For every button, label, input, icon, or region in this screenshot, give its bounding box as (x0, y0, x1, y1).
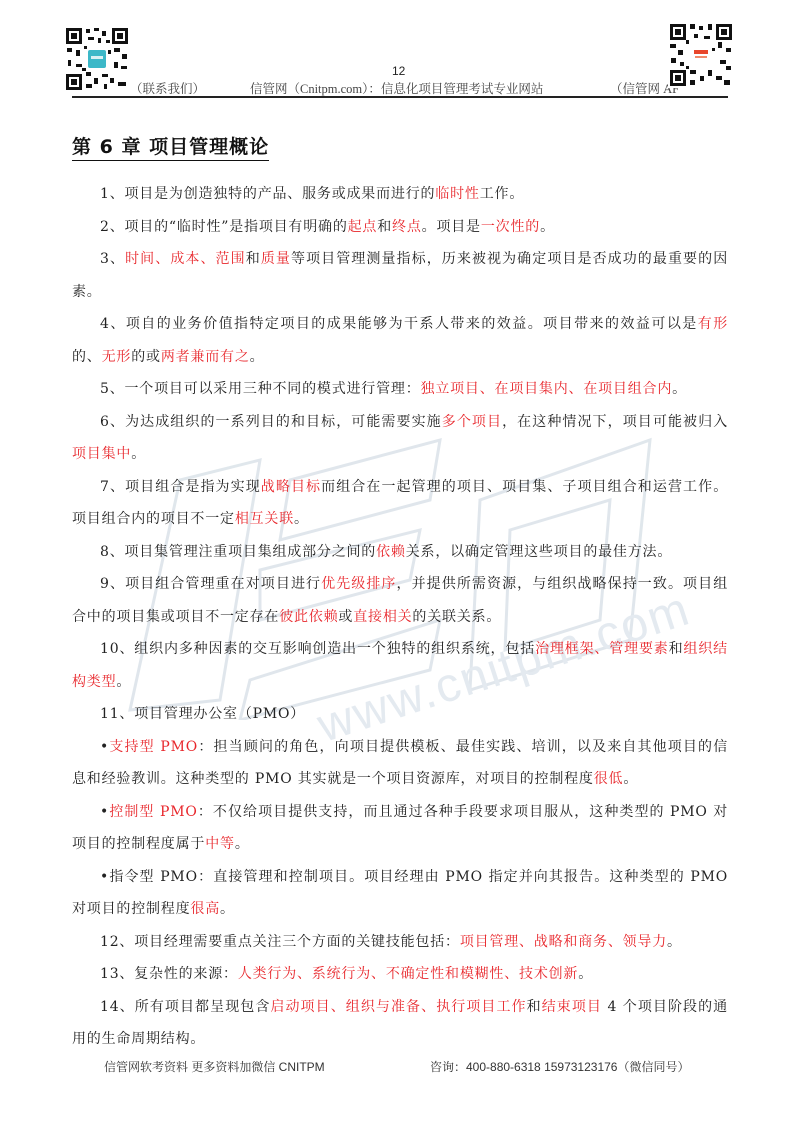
highlighted-term: 启动项目、组织与准备、执行项目工作 (270, 999, 526, 1015)
highlighted-term: 中等 (205, 836, 235, 852)
paragraph: 2、项目的“临时性”是指项目有明确的起点和终点。项目是一次性的。 (72, 211, 728, 244)
paragraph-text: 。项目是 (422, 219, 481, 235)
paragraph-text: 关系，以确定管理这些项目的最佳方法。 (406, 544, 672, 560)
highlighted-term: 独立项目、在项目集内、在项目组合内 (421, 381, 673, 397)
document-body: 1、项目是为创造独特的产品、服务或成果而进行的临时性工作。2、项目的“临时性”是… (72, 178, 728, 1056)
paragraph-text: 11、项目管理办公室（PMO） (100, 706, 305, 722)
highlighted-term: 项目集中 (72, 446, 131, 462)
paragraph: 5、一个项目可以采用三种不同的模式进行管理：独立项目、在项目集内、在项目组合内。 (72, 373, 728, 406)
paragraph-text: 。 (116, 674, 131, 690)
paragraph-text: 。 (250, 349, 265, 365)
highlighted-term: 直接相关 (353, 609, 412, 625)
paragraph-text: 工作。 (480, 186, 524, 202)
paragraph-text: 。 (578, 966, 593, 982)
paragraph-text: 14、所有项目都呈现包含 (100, 999, 270, 1015)
qr-code-contact-icon (64, 26, 130, 92)
paragraph-text: 。 (294, 511, 309, 527)
paragraph-text: 3、 (100, 251, 125, 267)
paragraph-text: 的、 (72, 349, 102, 365)
paragraph-text: 12、项目经理需要重点关注三个方面的关键技能包括： (100, 934, 460, 950)
paragraph-text: 10、组织内多种因素的交互影响创造出一个独特的组织系统，包括 (100, 641, 535, 657)
paragraph: 14、所有项目都呈现包含启动项目、组织与准备、执行项目工作和结束项目 4 个项目… (72, 991, 728, 1056)
highlighted-term: 优先级排序 (321, 576, 396, 592)
highlighted-term: 人类行为、系统行为、不确定性和模糊性、技术创新 (238, 966, 578, 982)
paragraph-text: • (100, 804, 109, 820)
paragraph-text: 9、项目组合管理重在对项目进行 (100, 576, 321, 592)
highlighted-term: 控制型 PMO (109, 804, 198, 820)
paragraph-text: 1、项目是为创造独特的产品、服务或成果而进行的 (100, 186, 435, 202)
highlighted-term: 支持型 PMO (109, 739, 198, 755)
highlighted-term: 有形 (698, 316, 728, 332)
paragraph-text: 的关联关系。 (412, 609, 501, 625)
highlighted-term: 治理框架、管理要素 (535, 641, 669, 657)
paragraph-text: 13、复杂性的来源： (100, 966, 238, 982)
header-contact-label: （联系我们） (130, 79, 205, 97)
document-page: （联系我们） 12 信管网（Cnitpm.com）：信息化项目管理考试专业网站 … (0, 0, 800, 1131)
paragraph-text: 和 (377, 219, 392, 235)
highlighted-term: 相互关联 (235, 511, 294, 527)
qr-code-app-icon (668, 22, 734, 88)
highlighted-term: 终点 (392, 219, 422, 235)
paragraph: 1、项目是为创造独特的产品、服务或成果而进行的临时性工作。 (72, 178, 728, 211)
highlighted-term: 项目管理、战略和商务、领导力 (460, 934, 667, 950)
header-site-title: 信管网（Cnitpm.com）：信息化项目管理考试专业网站 (250, 79, 543, 97)
paragraph-text: 。 (672, 381, 687, 397)
paragraph-text: 。 (540, 219, 555, 235)
highlighted-term: 多个项目 (442, 414, 502, 430)
paragraph: 7、项目组合是指为实现战略目标而组合在一起管理的项目、项目集、子项目组合和运营工… (72, 471, 728, 536)
highlighted-term: 结束项目 (542, 999, 602, 1015)
paragraph-text: 的或 (131, 349, 161, 365)
highlighted-term: 战略目标 (261, 479, 321, 495)
highlighted-term: 时间、成本、范围 (125, 251, 246, 267)
paragraph: •支持型 PMO：担当顾问的角色，向项目提供模板、最佳实践、培训，以及来自其他项… (72, 731, 728, 796)
chapter-title: 第 6 章 项目管理概论 (72, 132, 269, 161)
paragraph-text: 。 (623, 771, 638, 787)
highlighted-term: 依赖 (376, 544, 406, 560)
paragraph: 12、项目经理需要重点关注三个方面的关键技能包括：项目管理、战略和商务、领导力。 (72, 926, 728, 959)
highlighted-term: 一次性的 (481, 219, 540, 235)
highlighted-term: 很低 (594, 771, 624, 787)
paragraph: •控制型 PMO：不仅给项目提供支持，而且通过各种手段要求项目服从，这种类型的 … (72, 796, 728, 861)
paragraph-text: 和 (246, 251, 261, 267)
paragraph-text: 和 (527, 999, 542, 1015)
paragraph-text: 7、项目组合是指为实现 (100, 479, 261, 495)
header-divider (72, 96, 728, 98)
paragraph: •指令型 PMO：直接管理和控制项目。项目经理由 PMO 指定并向其报告。这种类… (72, 861, 728, 926)
footer-contact-text: 咨询：400-880-6318 15973123176（微信同号） (430, 1058, 689, 1075)
highlighted-term: 两者兼而有之 (161, 349, 250, 365)
paragraph-text: 。 (235, 836, 250, 852)
highlighted-term: 无形 (102, 349, 132, 365)
footer-left-text: 信管网软考资料 更多资料加微信 CNITPM (104, 1058, 325, 1075)
paragraph-text: 5、一个项目可以采用三种不同的模式进行管理： (100, 381, 421, 397)
paragraph-text: ，在这种情况下，项目可能被归入 (502, 414, 728, 430)
highlighted-term: 很高 (190, 901, 220, 917)
paragraph-text: 。 (667, 934, 682, 950)
paragraph-text: 8、项目集管理注重项目集组成部分之间的 (100, 544, 376, 560)
paragraph: 8、项目集管理注重项目集组成部分之间的依赖关系，以确定管理这些项目的最佳方法。 (72, 536, 728, 569)
paragraph: 6、为达成组织的一系列目的和目标，可能需要实施多个项目，在这种情况下，项目可能被… (72, 406, 728, 471)
paragraph: 3、时间、成本、范围和质量等项目管理测量指标，历来被视为确定项目是否成功的最重要… (72, 243, 728, 308)
highlighted-term: 临时性 (435, 186, 479, 202)
paragraph-text: • (100, 739, 109, 755)
paragraph-text: 4、项自的业务价值指特定项目的成果能够为干系人带来的效益。项目带来的效益可以是 (100, 316, 698, 332)
paragraph: 9、项目组合管理重在对项目进行优先级排序，并提供所需资源，与组织战略保持一致。项… (72, 568, 728, 633)
highlighted-term: 质量 (261, 251, 291, 267)
paragraph-text: 。 (131, 446, 146, 462)
paragraph-text: 6、为达成组织的一系列目的和目标，可能需要实施 (100, 414, 442, 430)
paragraph: 13、复杂性的来源：人类行为、系统行为、不确定性和模糊性、技术创新。 (72, 958, 728, 991)
paragraph-text: 或 (338, 609, 353, 625)
page-number: 12 (392, 64, 405, 78)
paragraph: 11、项目管理办公室（PMO） (72, 698, 728, 731)
paragraph-text: 和 (669, 641, 684, 657)
highlighted-term: 起点 (348, 219, 378, 235)
paragraph-text: 2、项目的“临时性”是指项目有明确的 (100, 219, 348, 235)
paragraph-text: •指令型 PMO：直接管理和控制项目。项目经理由 PMO 指定并向其报告。这种类… (72, 869, 728, 918)
paragraph: 10、组织内多种因素的交互影响创造出一个独特的组织系统，包括治理框架、管理要素和… (72, 633, 728, 698)
highlighted-term: 彼此依赖 (279, 609, 338, 625)
paragraph-text: 。 (220, 901, 235, 917)
paragraph: 4、项自的业务价值指特定项目的成果能够为干系人带来的效益。项目带来的效益可以是有… (72, 308, 728, 373)
